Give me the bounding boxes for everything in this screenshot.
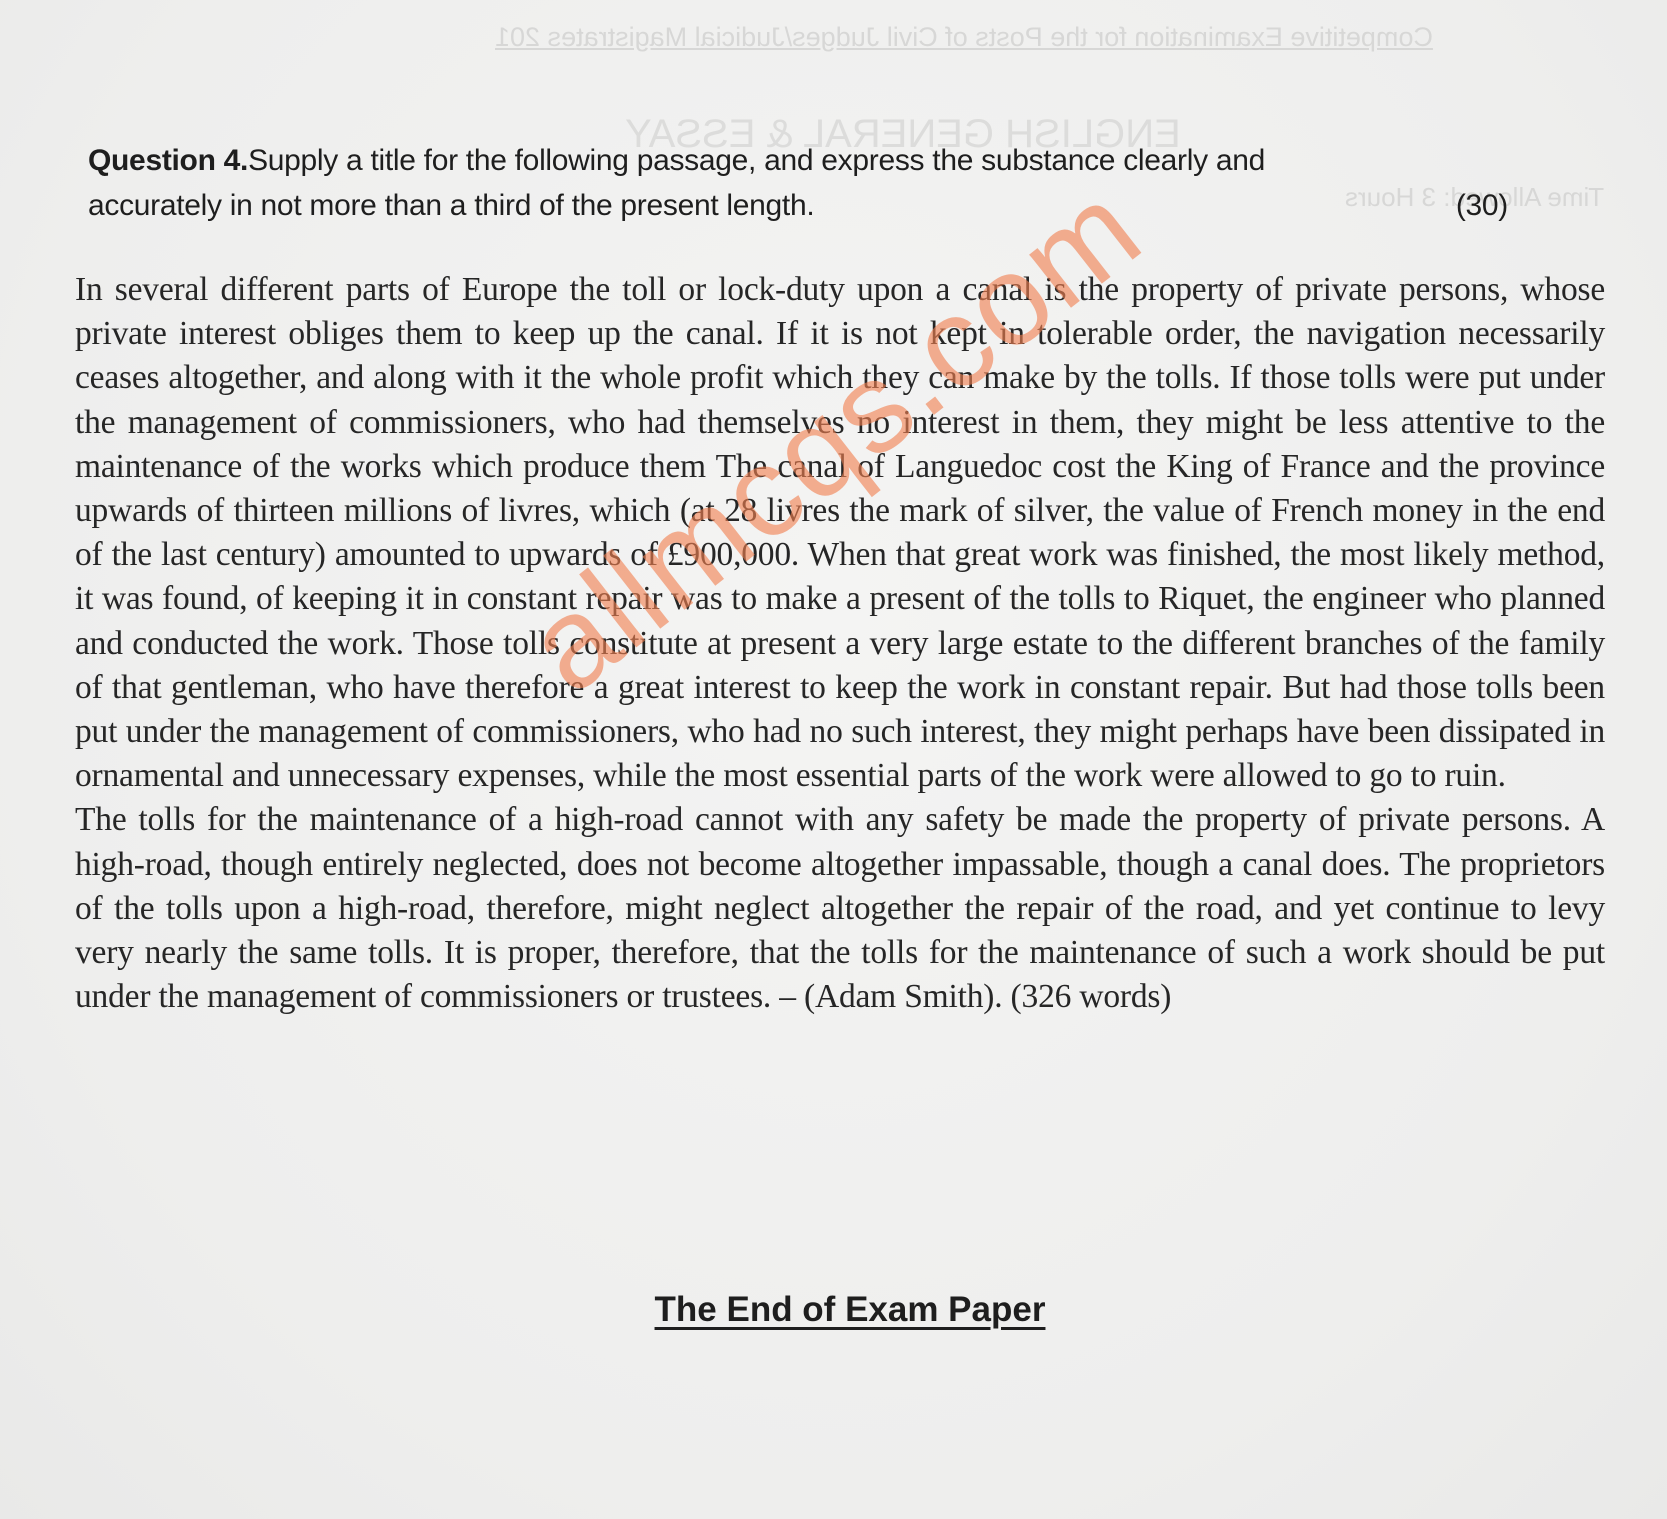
question-instruction-1: Supply a title for the following passage… [248, 144, 1265, 177]
passage-paragraph-2: The tolls for the maintenance of a high-… [75, 798, 1605, 1019]
question-label: Question 4. [88, 144, 248, 177]
question-heading: Question 4.Supply a title for the follow… [88, 138, 1508, 228]
question-marks: (30) [1456, 183, 1508, 228]
exam-page: Competitive Examination for the Posts of… [0, 0, 1667, 1519]
passage-paragraph-1: In several different parts of Europe the… [75, 268, 1605, 798]
question-line-2: accurately in not more than a third of t… [88, 183, 1508, 228]
end-of-paper-title: The End of Exam Paper [0, 1290, 1667, 1330]
passage: In several different parts of Europe the… [75, 268, 1605, 1019]
bleed-through-header: Competitive Examination for the Posts of… [495, 22, 1433, 53]
question-instruction-2: accurately in not more than a third of t… [88, 189, 814, 222]
question-line-1: Question 4.Supply a title for the follow… [88, 138, 1508, 183]
